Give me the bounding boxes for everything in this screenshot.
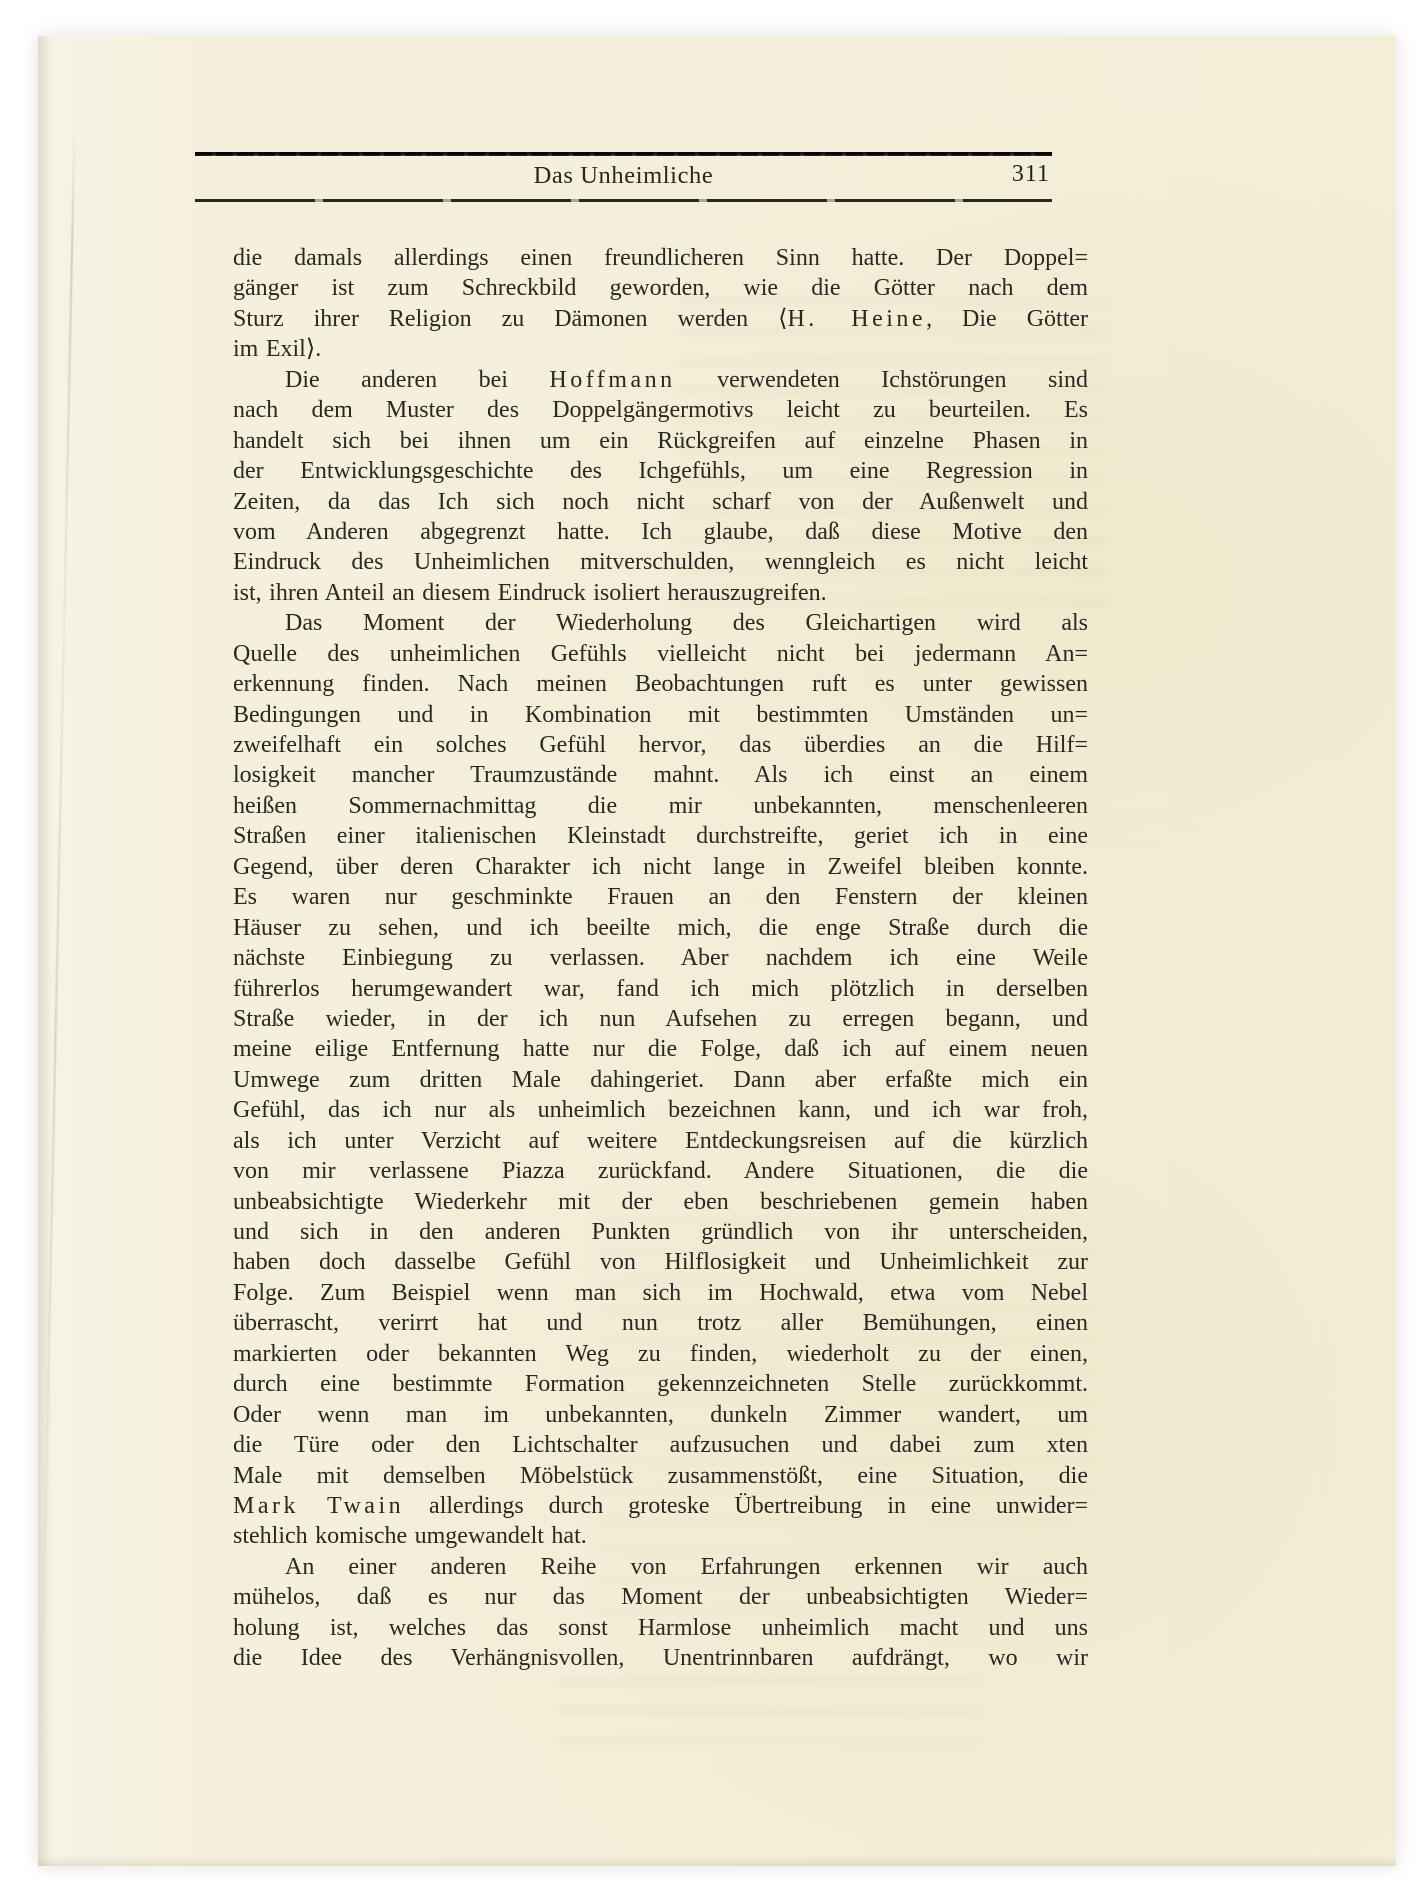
text-line: Bedingungen und in Kombination mit besti… [233, 700, 1088, 730]
text-line: erkennung finden. Nach meinen Beobachtun… [233, 669, 1088, 699]
text-line: als ich unter Verzicht auf weitere Entde… [233, 1126, 1088, 1156]
text-block: die damals allerdings einen freundlicher… [233, 243, 1088, 1674]
text-line: Das Moment der Wiederholung des Gleichar… [233, 608, 1088, 638]
text-line: holung ist, welches das sonst Harmlose u… [233, 1613, 1088, 1643]
text-line: Eindruck des Unheimlichen mitverschulden… [233, 547, 1088, 577]
text-line: Es waren nur geschminkte Frauen an den F… [233, 882, 1088, 912]
text-line: mühelos, daß es nur das Moment der unbea… [233, 1582, 1088, 1612]
text-line: Sturz ihrer Religion zu Dämonen werden ⟨… [233, 304, 1088, 334]
text-line: Zeiten, da das Ich sich noch nicht schar… [233, 487, 1088, 517]
text-line: die Idee des Verhängnisvollen, Unentrinn… [233, 1643, 1088, 1673]
text-line: Folge. Zum Beispiel wenn man sich im Hoc… [233, 1278, 1088, 1308]
bleed-through-artifact [558, 1676, 978, 1746]
text-line: der Entwicklungsgeschichte des Ichgefühl… [233, 456, 1088, 486]
text-line: Male mit demselben Möbelstück zusammenst… [233, 1461, 1088, 1491]
text-line: gänger ist zum Schreckbild geworden, wie… [233, 273, 1088, 303]
page-edge-shadow-left [38, 36, 52, 1866]
letterspaced-name: Mark Twain [233, 1493, 404, 1519]
text-line: durch eine bestimmte Formation gekennzei… [233, 1369, 1088, 1399]
letterspaced-name: Hoffmann [549, 367, 675, 393]
text-line: von mir verlassene Piazza zurückfand. An… [233, 1156, 1088, 1186]
scanned-document: Das Unheimliche 311 die damals allerding… [0, 0, 1427, 1898]
text-line: meine eilige Entfernung hatte nur die Fo… [233, 1034, 1088, 1064]
page-edge-shadow-bottom [38, 1856, 1396, 1866]
text-line: Mark Twain allerdings durch groteske Übe… [233, 1491, 1088, 1521]
text-line: Quelle des unheimlichen Gefühls vielleic… [233, 639, 1088, 669]
text-line: losigkeit mancher Traumzustände mahnt. A… [233, 760, 1088, 790]
text-line: ist, ihren Anteil an diesem Eindruck iso… [233, 578, 1088, 608]
running-title: Das Unheimliche [195, 162, 1052, 190]
text-line: vom Anderen abgegrenzt hatte. Ich glaube… [233, 517, 1088, 547]
text-line: überrascht, verirrt hat und nun trotz al… [233, 1308, 1088, 1338]
text-line: markierten oder bekannten Weg zu finden,… [233, 1339, 1088, 1369]
text-line: stehlich komische umgewandelt hat. [233, 1521, 1088, 1551]
text-line: An einer anderen Reihe von Erfahrungen e… [233, 1552, 1088, 1582]
header-rule-top [195, 152, 1052, 156]
text-line: Straßen einer italienischen Kleinstadt d… [233, 821, 1088, 851]
text-line: unbeabsichtigte Wiederkehr mit der eben … [233, 1187, 1088, 1217]
page-header: Das Unheimliche 311 [195, 116, 1052, 206]
page-number: 311 [1012, 161, 1050, 188]
text-line: haben doch dasselbe Gefühl von Hilflosig… [233, 1247, 1088, 1277]
text-line: führerlos herumgewandert war, fand ich m… [233, 974, 1088, 1004]
text-line: Umwege zum dritten Male dahingeriet. Dan… [233, 1065, 1088, 1095]
text-line: die damals allerdings einen freundlicher… [233, 243, 1088, 273]
text-line: die Türe oder den Lichtschalter aufzusuc… [233, 1430, 1088, 1460]
text-line: heißen Sommernachmittag die mir unbekann… [233, 791, 1088, 821]
text-line: Gefühl, das ich nur als unheimlich bezei… [233, 1095, 1088, 1125]
header-rule-bottom [195, 199, 1052, 202]
text-line: handelt sich bei ihnen um ein Rückgreife… [233, 426, 1088, 456]
text-line: Häuser zu sehen, und ich beeilte mich, d… [233, 913, 1088, 943]
letterspaced-name: H. Heine [787, 306, 926, 332]
text-line: zweifelhaft ein solches Gefühl hervor, d… [233, 730, 1088, 760]
text-line: nächste Einbiegung zu verlassen. Aber na… [233, 943, 1088, 973]
text-line: und sich in den anderen Punkten gründlic… [233, 1217, 1088, 1247]
text-line: nach dem Muster des Doppelgängermotivs l… [233, 395, 1088, 425]
text-line: im Exil⟩. [233, 334, 1088, 364]
text-line: Gegend, über deren Charakter ich nicht l… [233, 852, 1088, 882]
text-line: Straße wieder, in der ich nun Aufsehen z… [233, 1004, 1088, 1034]
text-line: Oder wenn man im unbekannten, dunkeln Zi… [233, 1400, 1088, 1430]
text-line: Die anderen bei Hoffmann verwendeten Ich… [233, 365, 1088, 395]
